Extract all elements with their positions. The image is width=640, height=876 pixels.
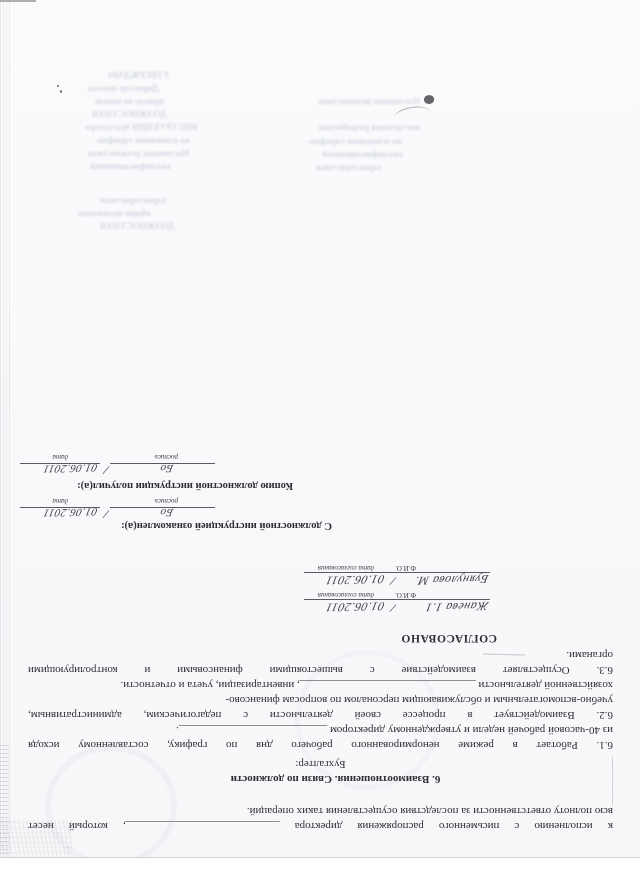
left-edge-streaks <box>0 0 10 858</box>
ghost-text: ИНСТРУКЦИЯ бухгалтера <box>85 122 197 132</box>
ghost-text: УТВЕРЖДАЮ <box>108 70 170 80</box>
ghost-text: ДОЛЖНОСТНАЯ <box>100 221 175 231</box>
ghost-text: ДОЛЖНОСТНАЯ <box>92 109 167 119</box>
acknowledged-signature-row: Бо / 01.06.2011 роспись дата <box>0 494 640 524</box>
ghost-text: характеристики <box>100 195 166 205</box>
copy-signature-row: Бо / 01.06.2011 роспись дата <box>0 450 640 480</box>
date-line: 01.06.2011 <box>20 463 100 480</box>
handwritten-date: 01.06.2011 <box>42 505 99 518</box>
handwritten-signature: Бо <box>159 462 175 474</box>
ghost-text: квалификационной <box>268 149 403 159</box>
handwritten-date: 01.06.2011 <box>324 571 386 588</box>
ghost-text: квалификационной <box>90 161 171 171</box>
ghost-text: инструкция разработана <box>255 122 420 132</box>
ink-speck <box>57 85 59 87</box>
approval-signature-row: Жанева 1.1 / 01.06.2011 Ф.И.О. дата согл… <box>250 589 490 619</box>
ghost-text: Настоящая должностная <box>250 96 420 106</box>
bottom-left-noise <box>0 820 72 858</box>
signature-labels: Ф.И.О. дата согласования <box>250 562 490 572</box>
signature-line: Бо <box>110 463 215 480</box>
ghost-text: на основании тарифно- <box>262 136 402 146</box>
signature-line: Жанева 1.1 / 01.06.2011 <box>304 599 490 619</box>
approved-label: СОГЛАСОВАНО <box>401 632 497 644</box>
date-caption: дата <box>52 452 68 461</box>
approval-signature-row: Буянулова М. / 01.06.2011 Ф.И.О. дата со… <box>250 562 490 592</box>
approval-date-label: дата согласования <box>318 563 374 572</box>
ghost-text: Настоящая должностная <box>88 148 189 158</box>
paragraph-line: органами. <box>28 647 613 662</box>
signature-caption: роспись <box>155 452 178 461</box>
handwritten-date: 01.06.2011 <box>324 598 386 615</box>
ghost-text: приказ по школе <box>95 96 164 106</box>
handwritten-name: Жанева 1.1 <box>424 598 490 615</box>
date-line: 01.06.2011 <box>20 507 100 524</box>
handwritten-name: Буянулова М. <box>413 571 490 588</box>
signature-line: Буянулова М. / 01.06.2011 <box>304 572 490 592</box>
stamp-ghost-circle <box>295 650 440 790</box>
handwritten-slash: / <box>103 462 110 478</box>
scanner-background <box>0 858 640 876</box>
fio-label: Ф.И.О. <box>395 563 416 572</box>
ghost-text: на основании тарифно- <box>95 135 190 145</box>
handwritten-signature: Бо <box>159 506 175 518</box>
signature-caption: роспись <box>155 496 178 505</box>
ink-speck <box>60 90 62 93</box>
handwritten-slash: / <box>389 573 396 589</box>
scanned-document-screenshot: к исполнению с письменного распоряжения … <box>0 0 640 876</box>
ghost-text: Директор школы <box>88 83 159 93</box>
fold-shadow-line <box>612 757 613 805</box>
ghost-text: характеристики <box>272 162 382 172</box>
copy-received-label: Копию должностной инструкции получил(а): <box>77 480 293 491</box>
signature-line: Бо <box>110 507 215 524</box>
ghost-text: общие положения <box>78 208 151 218</box>
date-caption: дата <box>52 496 68 505</box>
handwritten-slash: / <box>389 600 396 616</box>
handwritten-date: 01.06.2011 <box>42 461 99 474</box>
top-left-edge-mark <box>0 0 36 2</box>
handwritten-slash: / <box>103 506 110 522</box>
